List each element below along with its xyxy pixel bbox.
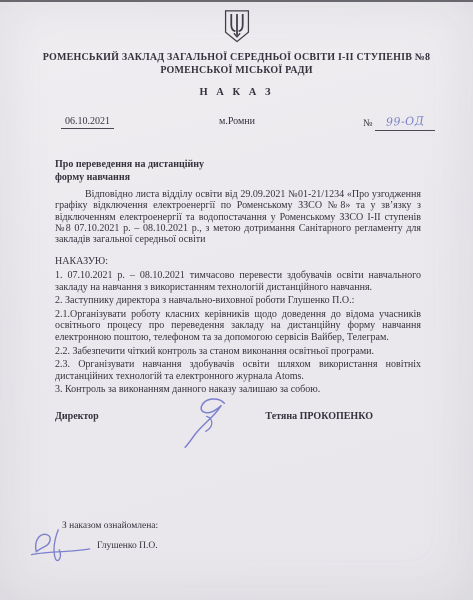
order-item-2: 2. Заступнику директора з навчально-вихо… [55, 295, 421, 306]
document-date: 06.10.2021 [61, 116, 114, 129]
document-type-title: Н А К А З [0, 87, 473, 98]
director-signature-icon [183, 394, 249, 455]
number-label: № [363, 118, 373, 129]
order-item-1: 1. 07.10.2021 р. – 08.10.2021 тимчасово … [55, 270, 421, 293]
order-subject: Про переведення на дистанційну форму нав… [55, 158, 204, 184]
signer-name: Тетяна ПРОКОПЕНКО [265, 411, 373, 422]
acknowledgement-name: Глушенко П.О. [97, 541, 158, 551]
number-underline: 99-ОД [375, 116, 435, 131]
scanned-order-document: РОМЕНСЬКИЙ ЗАКЛАД ЗАГАЛЬНОЇ СЕРЕДНЬОЇ ОС… [0, 0, 473, 600]
order-item-2-1: 2.1.Організувати роботу класних керівник… [55, 309, 421, 343]
signer-title: Директор [55, 411, 99, 422]
subject-line1: Про переведення на дистанційну [55, 158, 204, 171]
order-body: Відповідно листа відділу освіти від 29.0… [55, 189, 421, 396]
scan-edge-artifact [0, 0, 473, 2]
order-item-2-2: 2.2. Забезпечити чіткий контроль за стан… [55, 346, 421, 357]
document-city: м.Ромни [219, 116, 255, 127]
subject-line2: форму навчання [55, 171, 204, 184]
handwritten-number: 99-ОД [386, 114, 425, 128]
document-meta-row: 06.10.2021 м.Ромни № 99-ОД [55, 116, 421, 132]
document-number: № 99-ОД [363, 116, 435, 131]
glushenko-signature-icon [28, 527, 98, 572]
organization-name-line1: РОМЕНСЬКИЙ ЗАКЛАД ЗАГАЛЬНОЇ СЕРЕДНЬОЇ ОС… [0, 52, 473, 65]
intro-paragraph: Відповідно листа відділу освіти від 29.0… [55, 189, 421, 245]
order-heading: НАКАЗУЮ: [55, 256, 421, 267]
organization-header: РОМЕНСЬКИЙ ЗАКЛАД ЗАГАЛЬНОЇ СЕРЕДНЬОЇ ОС… [0, 52, 473, 77]
order-item-2-3: 2.3. Організувати навчання здобувачів ос… [55, 359, 421, 382]
ukraine-trident-emblem-icon [223, 9, 250, 49]
organization-name-line2: РОМЕНСЬКОЇ МІСЬКОЇ РАДИ [0, 65, 473, 78]
